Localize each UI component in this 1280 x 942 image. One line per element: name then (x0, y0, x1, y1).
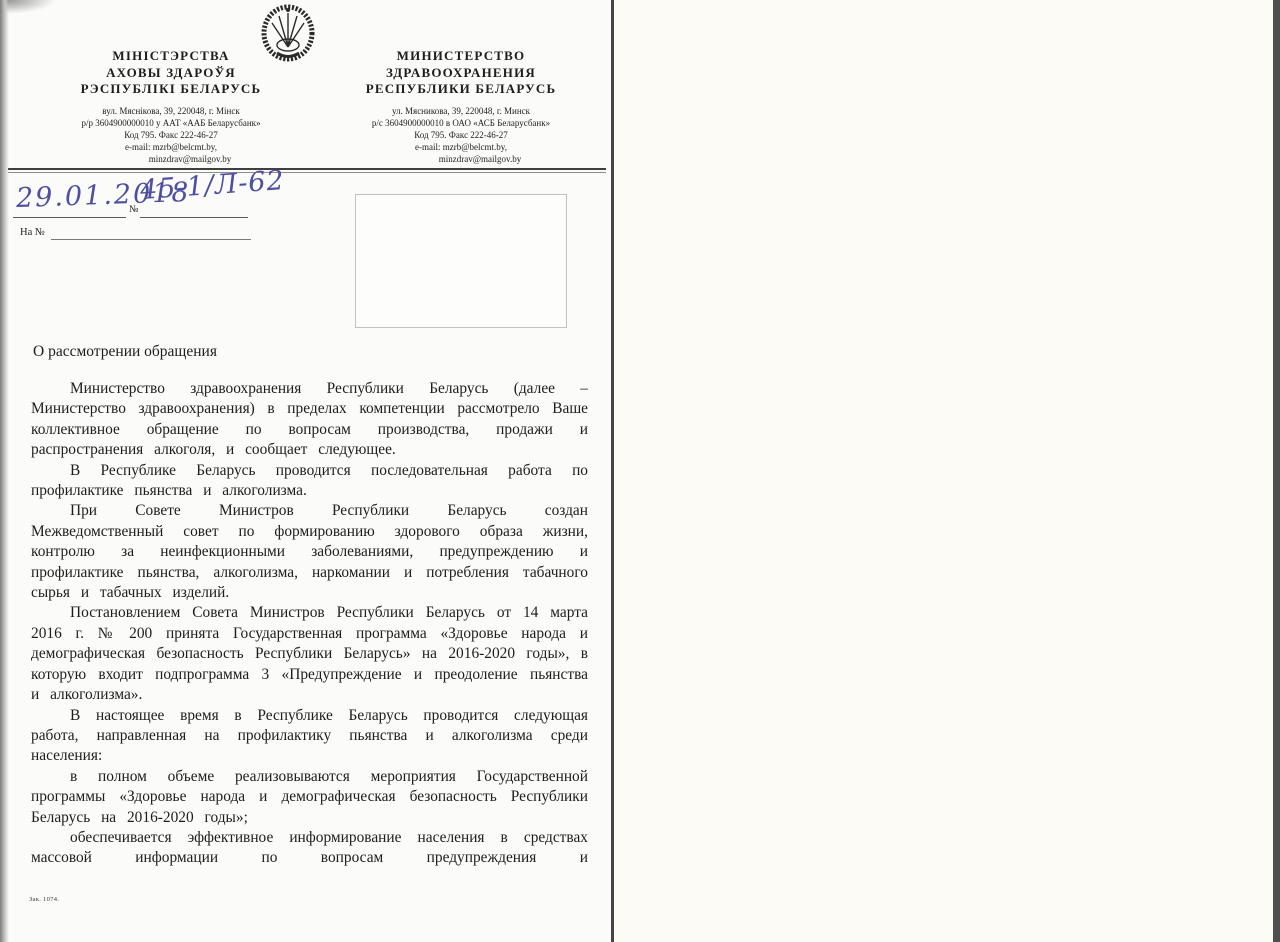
body-paragraph: При Совете Министров Республики Беларусь… (31, 501, 588, 603)
letterhead-belarusian: МІНІСТЭРСТВА АХОВЫ ЗДАРОЎЯ РЭСПУБЛІКІ БЕ… (36, 48, 306, 165)
body-paragraph: Министерство здравоохранения Республики … (31, 379, 588, 461)
reply-to-label: На № (20, 227, 45, 238)
ministry-title-by: МІНІСТЭРСТВА АХОВЫ ЗДАРОЎЯ РЭСПУБЛІКІ БЕ… (36, 48, 306, 98)
ministry-address-by: вул. Мяснікова, 39, 220048, г. Мінск р/р… (36, 105, 306, 165)
scan-edge-left (0, 0, 9, 942)
letter-subject: О рассмотрении обращения (33, 343, 217, 361)
scanned-letter: МІНІСТЭРСТВА АХОВЫ ЗДАРОЎЯ РЭСПУБЛІКІ БЕ… (0, 0, 1280, 942)
body-paragraph: в полном объеме реализовываются мероприя… (31, 767, 588, 828)
date-blank-line (13, 217, 126, 218)
number-symbol-label: № (129, 204, 139, 215)
page1-body-text: Министерство здравоохранения Республики … (31, 379, 588, 869)
letter-page-1: МІНІСТЭРСТВА АХОВЫ ЗДАРОЎЯ РЭСПУБЛІКІ БЕ… (0, 0, 611, 942)
recipient-address-box (355, 194, 567, 328)
ministry-address-ru: ул. Мясникова, 39, 220048, г. Минск р/с … (336, 105, 586, 165)
body-paragraph: В Республике Беларусь проводится последо… (31, 461, 588, 502)
number-blank-line (140, 217, 248, 218)
print-order-note: Зак. 1074. (29, 896, 59, 903)
ministry-title-ru: МИНИСТЕРСТВО ЗДРАВООХРАНЕНИЯ РЕСПУБЛИКИ … (336, 48, 586, 98)
body-paragraph: Постановлением Совета Министров Республи… (31, 603, 588, 705)
letterhead-divider-rule (8, 168, 606, 173)
letter-page-2: 2 преодоления пьянства и алкоголизма, а … (614, 0, 1280, 942)
reply-number-blank-line (51, 239, 251, 240)
body-paragraph: В настоящее время в Республике Беларусь … (31, 706, 588, 767)
letterhead-russian: МИНИСТЕРСТВО ЗДРАВООХРАНЕНИЯ РЕСПУБЛИКИ … (336, 48, 586, 165)
scan-edge-right (1273, 0, 1280, 942)
body-paragraph: обеспечивается эффективное информировани… (31, 828, 588, 869)
